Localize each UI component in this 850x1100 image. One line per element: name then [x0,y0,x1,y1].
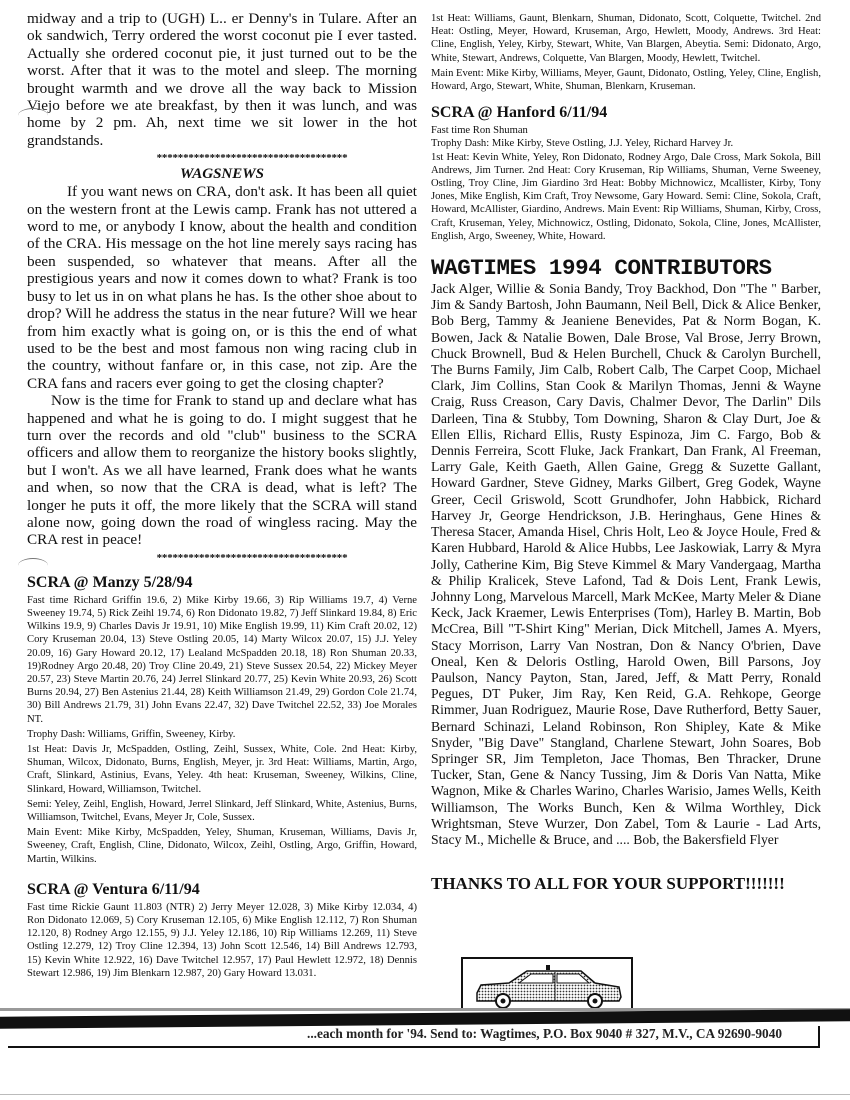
mailing-address: ...each month for '94. Send to: Wagtimes… [307,1026,782,1044]
manzy-results: SCRA @ Manzy 5/28/94 Fast time Richard G… [27,573,417,866]
trip-story: midway and a trip to (UGH) L.. er Denny'… [27,10,417,149]
race-heading: SCRA @ Manzy 5/28/94 [27,573,417,592]
main-event-results: Main Event: Mike Kirby, McSpadden, Yeley… [27,826,417,866]
ventura-results: SCRA @ Ventura 6/11/94 Fast time Rickie … [27,880,417,980]
hole-punch-mark [18,108,48,123]
heat-results: 1st Heat: Williams, Gaunt, Blenkarn, Shu… [431,12,821,65]
trip-story-paragraph: midway and a trip to (UGH) L.. er Denny'… [27,10,417,149]
semi-results: Semi: Yeley, Zeihl, English, Howard, Jer… [27,798,417,824]
contributors-list: Jack Alger, Willie & Sonia Bandy, Troy B… [431,281,821,848]
fast-time-results: Fast time Rickie Gaunt 11.803 (NTR) 2) J… [27,901,417,980]
thanks-banner: THANKS TO ALL FOR YOUR SUPPORT!!!!!!! [431,874,821,894]
hanford-results: SCRA @ Hanford 6/11/94 Fast time Ron Shu… [431,103,821,243]
main-event-results: Main Event: Mike Kirby, Williams, Meyer,… [431,67,821,93]
fast-time-results: Fast time Ron Shuman [431,124,821,137]
contributors-title: WAGTIMES 1994 CONTRIBUTORS [431,255,821,281]
hole-punch-mark [18,558,48,573]
star-separator: ************************************ [87,551,417,565]
wagsnews-paragraph: If you want news on CRA, don't ask. It h… [27,183,417,392]
footer-strip: ...each month for '94. Send to: Wagtimes… [8,1026,820,1048]
wagsnews-title: WAGSNEWS [27,165,417,183]
heat-results: 1st Heat: Kevin White, Yeley, Ron Didona… [431,151,821,243]
race-heading: SCRA @ Ventura 6/11/94 [27,880,417,899]
wagsnews-paragraph: Now is the time for Frank to stand up an… [27,392,417,549]
trophy-dash-results: Trophy Dash: Mike Kirby, Steve Ostling, … [431,137,821,150]
trophy-dash-results: Trophy Dash: Williams, Griffin, Sweeney,… [27,728,417,741]
page-edge [0,1094,850,1095]
illustration-frame [461,957,633,1009]
contributors-section: WAGTIMES 1994 CONTRIBUTORS Jack Alger, W… [431,255,821,848]
ventura-results-continued: 1st Heat: Williams, Gaunt, Blenkarn, Shu… [431,12,821,93]
race-heading: SCRA @ Hanford 6/11/94 [431,103,821,122]
right-column: 1st Heat: Williams, Gaunt, Blenkarn, Shu… [431,12,821,894]
heat-results: 1st Heat: Davis Jr, McSpadden, Ostling, … [27,743,417,796]
police-car-icon [469,963,627,1009]
left-column: midway and a trip to (UGH) L.. er Denny'… [27,10,417,982]
wagsnews-section: WAGSNEWS If you want news on CRA, don't … [27,165,417,549]
fast-time-results: Fast time Richard Griffin 19.6, 2) Mike … [27,594,417,726]
star-separator: ************************************ [87,151,417,165]
newsletter-page: midway and a trip to (UGH) L.. er Denny'… [0,0,850,1100]
